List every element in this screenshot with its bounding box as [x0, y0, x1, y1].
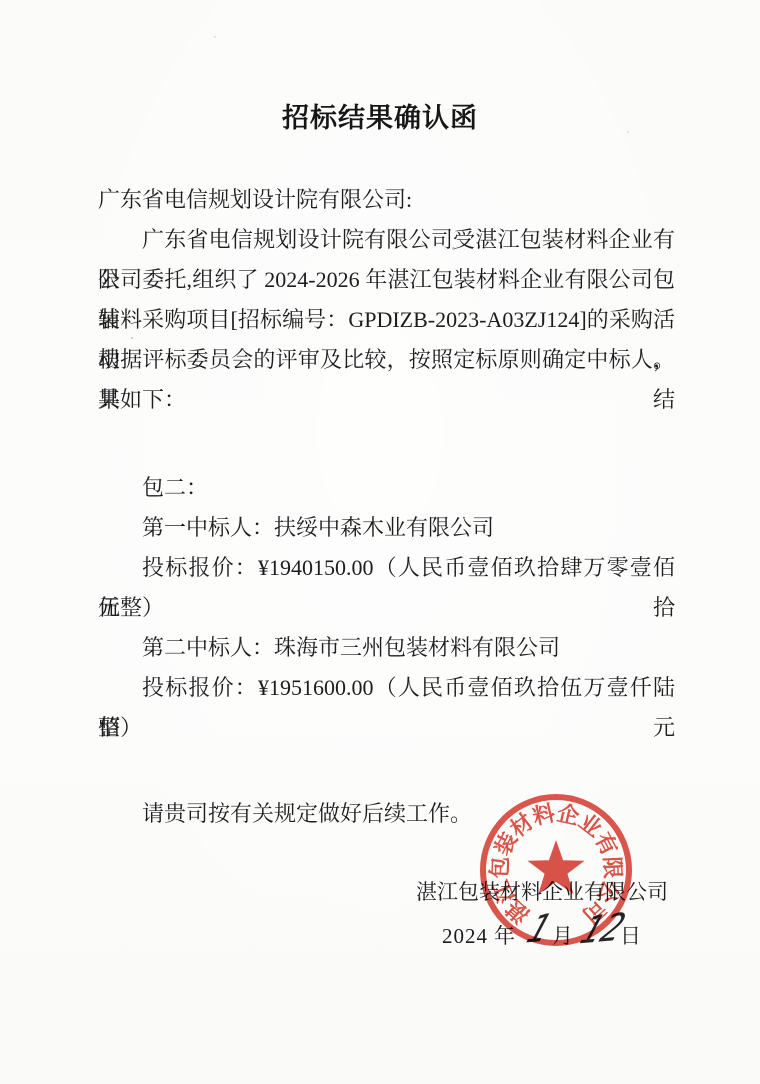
second-winner-line: 第二中标人：珠海市三州包装材料有限公司: [98, 628, 675, 668]
letter-title: 招标结果确认函: [0, 96, 760, 135]
first-price-line: 投标报价：¥1940150.00（人民币壹佰玖拾肆万零壹佰伍拾: [98, 548, 675, 588]
paragraph-line: 公司委托,组织了 2024-2026 年湛江包装材料企业有限公司包装: [98, 260, 675, 300]
scan-speck: [214, 36, 216, 38]
paragraph-line: 根据评标委员会的评审及比较，按照定标原则确定中标人，其结: [98, 340, 675, 380]
paragraph-line: 辅料采购项目[招标编号：GPDIZB-2023-A03ZJ124]的采购活动。: [98, 300, 675, 340]
salutation-line: 广东省电信规划设计院有限公司:: [98, 180, 675, 220]
letter-body: 广东省电信规划设计院有限公司: 广东省电信规划设计院有限公司受湛江包装材料企业有…: [98, 180, 675, 834]
company-seal: 湛 江 包 装 材 料 企 业 有 限 公 司: [477, 791, 635, 949]
seal-char: 料: [530, 800, 557, 829]
seal-star-icon: [527, 840, 584, 894]
seal-char: 限: [599, 856, 625, 879]
second-price-line: 投标报价：¥1951600.00（人民币壹佰玖拾伍万壹仟陆佰元: [98, 668, 675, 708]
seal-graphic: 湛 江 包 装 材 料 企 业 有 限 公 司: [483, 797, 629, 943]
seal-char: 包: [487, 856, 513, 879]
first-winner-line: 第一中标人：扶绥中森木业有限公司: [98, 508, 675, 548]
paragraph-line: 广东省电信规划设计院有限公司受湛江包装材料企业有限: [98, 220, 675, 260]
lot-heading: 包二：: [98, 468, 675, 508]
letter-page: 招标结果确认函 广东省电信规划设计院有限公司: 广东省电信规划设计院有限公司受湛…: [0, 0, 760, 1084]
